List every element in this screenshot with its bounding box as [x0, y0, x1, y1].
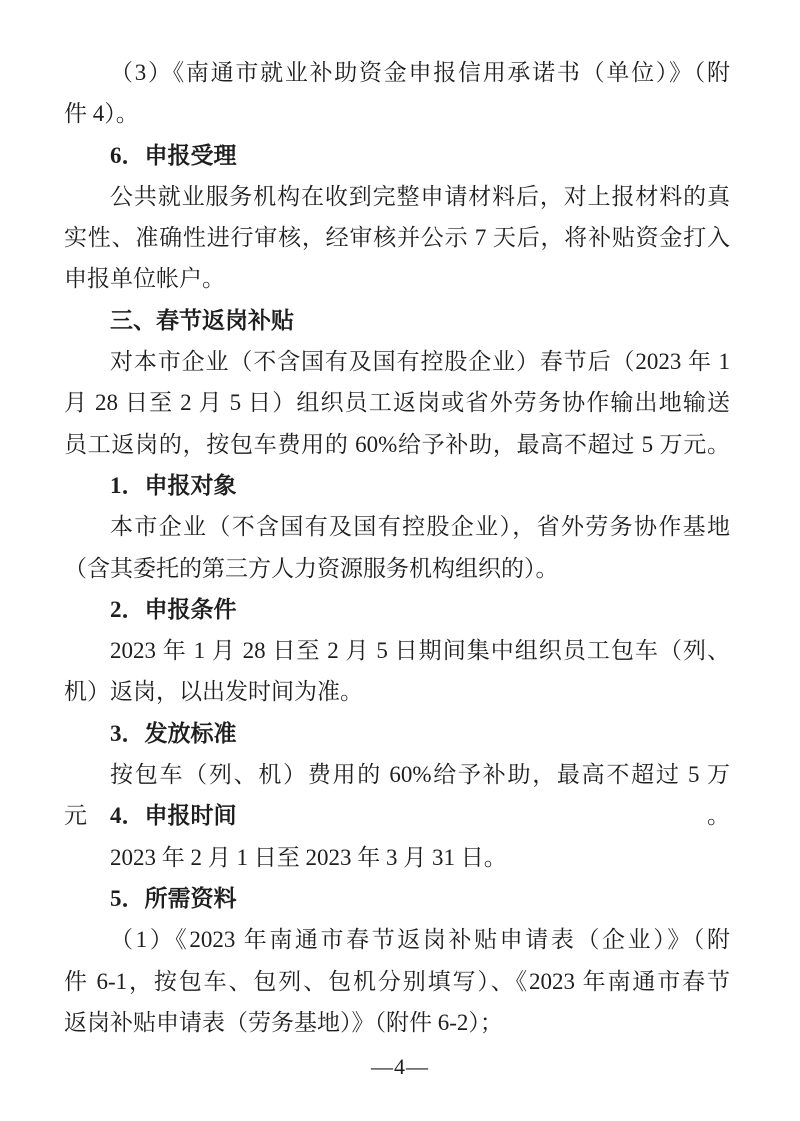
body-line: 月 28 日至 2 月 5 日）组织员工返岗或省外劳务协作输出地输送: [64, 382, 730, 423]
section-heading-5-suoxu-ziliao: 5．所需资料: [64, 878, 730, 919]
body-line: 实性、准确性进行审核，经审核并公示 7 天后，将补贴资金打入: [64, 217, 730, 258]
document-body: （3）《南通市就业补助资金申报信用承诺书（单位）》（附 件 4）。 6．申报受理…: [64, 52, 730, 1043]
section-heading-2-shenbao-tiaojian: 2．申报条件: [64, 589, 730, 630]
body-line: 件 4）。: [64, 93, 730, 134]
section-heading-3-fafang-biaozhun: 3．发放标准: [64, 713, 730, 754]
body-line: （3）《南通市就业补助资金申报信用承诺书（单位）》（附: [64, 52, 730, 93]
body-line: 件 6-1，按包车、包列、包机分别填写）、《2023 年南通市春节: [64, 961, 730, 1002]
section-heading-chunjie-fangang-butie: 三、春节返岗补贴: [64, 300, 730, 341]
body-line: 机）返岗，以出发时间为准。: [64, 671, 730, 712]
body-line: （1）《2023 年南通市春节返岗补贴申请表（企业）》（附: [64, 919, 730, 960]
body-line: 本市企业（不含国有及国有控股企业），省外劳务协作基地: [64, 506, 730, 547]
body-line: （含其委托的第三方人力资源服务机构组织的）。: [64, 548, 730, 589]
body-line: 申报单位帐户。: [64, 258, 730, 299]
body-line: 2023 年 1 月 28 日至 2 月 5 日期间集中组织员工包车（列、: [64, 630, 730, 671]
body-line: 2023 年 2 月 1 日至 2023 年 3 月 31 日。: [64, 837, 730, 878]
body-line: 返岗补贴申请表（劳务基地）》（附件 6-2）；: [64, 1002, 730, 1043]
body-line: 对本市企业（不含国有及国有控股企业）春节后（2023 年 1: [64, 341, 730, 382]
page-number: —4—: [0, 1046, 800, 1087]
body-line: 公共就业服务机构在收到完整申请材料后，对上报材料的真: [64, 176, 730, 217]
section-heading-6-shenbao-shouli: 6．申报受理: [64, 135, 730, 176]
section-heading-1-shenbao-duixiang: 1．申报对象: [64, 465, 730, 506]
document-page: （3）《南通市就业补助资金申报信用承诺书（单位）》（附 件 4）。 6．申报受理…: [0, 0, 800, 1121]
body-line: 按包车（列、机）费用的 60%给予补助，最高不超过 5 万元。: [64, 754, 730, 795]
body-line: 员工返岗的，按包车费用的 60%给予补助，最高不超过 5 万元。: [64, 424, 730, 465]
